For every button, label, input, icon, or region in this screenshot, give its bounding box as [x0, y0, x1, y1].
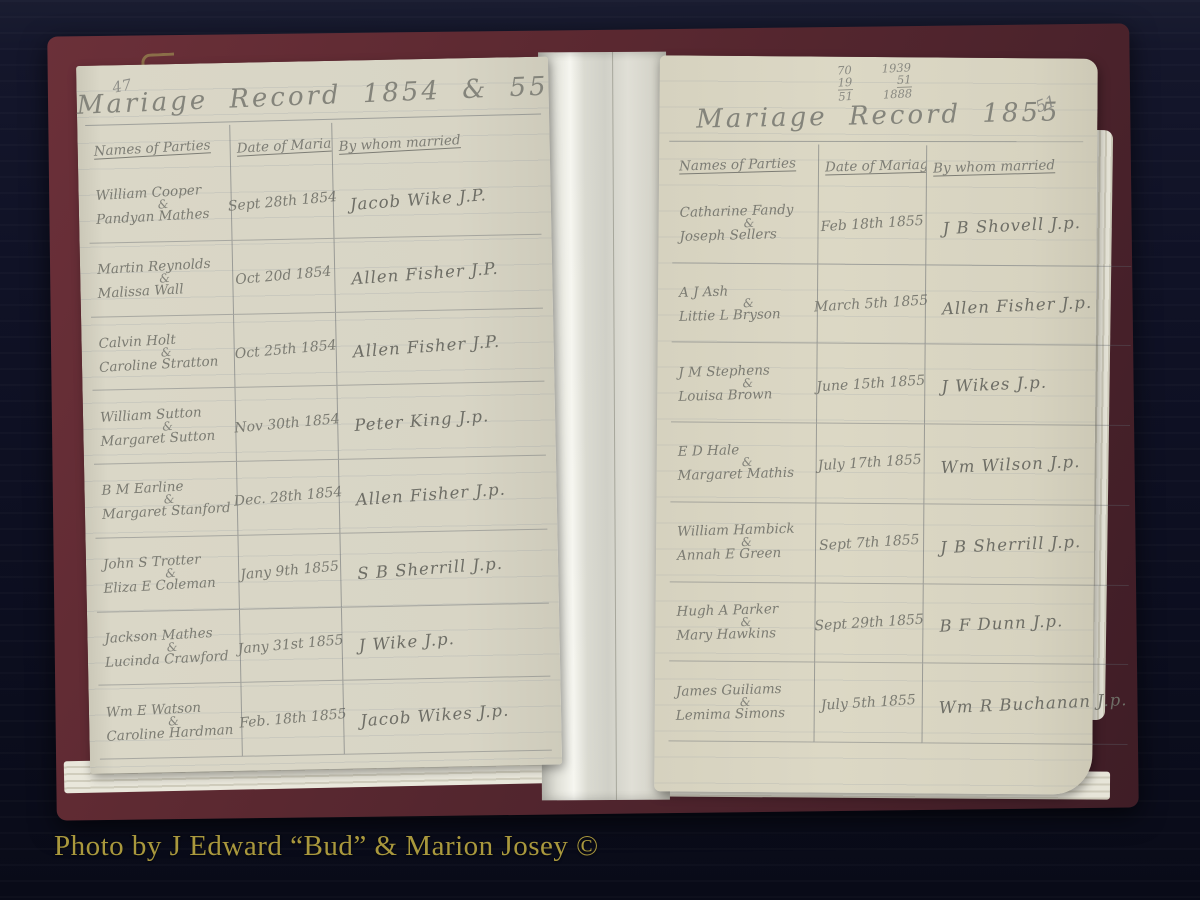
- party-name: Margaret Mathis: [677, 465, 815, 485]
- parties-cell: William Cooper & Pandyan Mathes: [88, 167, 231, 244]
- party-name: Lucinda Crawford: [105, 647, 241, 670]
- marriage-table: Names of Parties Date of Mariage By whom…: [669, 143, 1082, 744]
- party-name: Margaret Sutton: [100, 426, 236, 449]
- date-cell: Oct 25th 1854: [233, 312, 336, 388]
- officiant-cell: J Wike J.p.: [341, 603, 550, 681]
- date-cell: June 15th 1855: [816, 344, 925, 425]
- column-header-date: Date of Mariage: [818, 145, 926, 186]
- date-cell: Dec. 28th 1854: [236, 460, 339, 536]
- date-cell: Sept 7th 1855: [815, 503, 924, 584]
- officiant-cell: Jacob Wike J.P.: [332, 161, 541, 239]
- officiant-cell: B F Dunn J.p.: [922, 584, 1128, 665]
- party-name: Littie L Bryson: [679, 305, 817, 325]
- column-header-names: Names of Parties: [87, 125, 230, 170]
- pencil-arithmetic: 70 19 51 1939 51 1888: [837, 61, 913, 102]
- party-name: Margaret Stanford: [102, 500, 238, 523]
- party-name: Malissa Wall: [97, 279, 233, 302]
- parties-cell: E D Hale & Margaret Mathis: [670, 423, 816, 504]
- column-header-officiant: By whom married: [926, 145, 1132, 187]
- parties-cell: Wm E Watson & Caroline Hardman: [98, 683, 241, 760]
- marriage-table: Names of Parties Date of Mariage By whom…: [87, 119, 552, 760]
- photo-of-marriage-record-book: 47 Mariage Record 1854 & 55 Names of Par…: [0, 0, 1200, 900]
- parties-cell: Catharine Fandy & Joseph Sellers: [672, 183, 818, 264]
- page-title: Mariage Record 1855: [659, 97, 1098, 136]
- officiant-cell: Peter King J.p.: [336, 382, 545, 460]
- parties-cell: William Hambick & Annah E Green: [670, 502, 816, 583]
- date-cell: Sept 29th 1855: [814, 583, 923, 664]
- officiant-cell: Wm Wilson J.p.: [923, 425, 1129, 506]
- date-cell: Oct 20d 1854: [232, 239, 335, 315]
- photo-credit-caption: Photo by J Edward “Bud” & Marion Josey ©: [54, 830, 599, 863]
- date-cell: March 5th 1855: [817, 264, 926, 345]
- party-name: Mary Hawkins: [676, 624, 814, 644]
- party-name: Annah E Green: [677, 544, 815, 564]
- officiant-cell: Allen Fisher J.p.: [338, 456, 547, 534]
- officiant-cell: J B Sherrill J.p.: [923, 504, 1129, 585]
- pencil-subtraction: 70 19 51: [837, 64, 853, 103]
- column-header-date: Date of Mariage: [229, 123, 332, 167]
- officiant-cell: Allen Fisher J.p.: [925, 265, 1131, 346]
- parties-cell: B M Earline & Margaret Stanford: [94, 462, 237, 539]
- party-name: Joseph Sellers: [679, 225, 817, 245]
- pencil-subtraction: 1939 51 1888: [881, 61, 912, 100]
- date-cell: Jany 9th 1855: [237, 534, 340, 610]
- parties-cell: James Guiliams & Lemima Simons: [669, 662, 815, 743]
- date-cell: July 17th 1855: [815, 424, 924, 505]
- officiant-cell: J Wikes J.p.: [924, 345, 1130, 426]
- parties-cell: J M Stephens & Louisa Brown: [671, 343, 817, 424]
- officiant-cell: Allen Fisher J.P.: [335, 308, 544, 386]
- title-underline: [669, 141, 1083, 142]
- right-page: 70 19 51 1939 51 1888 51 Mariage Record …: [654, 55, 1098, 794]
- party-name: Louisa Brown: [678, 385, 816, 405]
- parties-cell: Jackson Mathes & Lucinda Crawford: [97, 609, 240, 686]
- officiant-cell: Jacob Wikes J.p.: [342, 677, 551, 755]
- parties-cell: John S Trotter & Eliza E Coleman: [95, 536, 238, 613]
- party-name: Pandyan Mathes: [96, 205, 232, 228]
- parties-cell: Martin Reynolds & Malissa Wall: [90, 241, 233, 318]
- date-cell: Sept 28th 1854: [230, 165, 333, 241]
- party-name: Eliza E Coleman: [103, 574, 239, 597]
- parties-cell: Hugh A Parker & Mary Hawkins: [669, 582, 815, 663]
- party-name: Caroline Stratton: [99, 352, 235, 375]
- officiant-cell: Allen Fisher J.P.: [334, 234, 543, 312]
- officiant-cell: Wm R Buchanan J.p.: [922, 664, 1128, 745]
- parties-cell: A J Ash & Littie L Bryson: [672, 263, 818, 344]
- date-cell: Nov 30th 1854: [234, 386, 337, 462]
- party-name: Caroline Hardman: [106, 721, 242, 744]
- officiant-cell: J B Shovell J.p.: [925, 185, 1131, 266]
- party-name: Lemima Simons: [676, 704, 814, 724]
- parties-cell: Calvin Holt & Caroline Stratton: [91, 314, 234, 391]
- date-cell: July 5th 1855: [814, 663, 923, 744]
- date-cell: Feb 18th 1855: [817, 185, 926, 266]
- page-title: Mariage Record 1854 & 55: [76, 72, 549, 121]
- column-header-officiant: By whom married: [331, 119, 540, 165]
- left-page: 47 Mariage Record 1854 & 55 Names of Par…: [76, 57, 562, 774]
- date-cell: Feb. 18th 1855: [240, 681, 343, 757]
- column-header-names: Names of Parties: [673, 143, 818, 184]
- parties-cell: William Sutton & Margaret Sutton: [93, 388, 236, 465]
- officiant-cell: S B Sherrill J.p.: [339, 529, 548, 607]
- date-cell: Jany 31st 1855: [239, 607, 342, 683]
